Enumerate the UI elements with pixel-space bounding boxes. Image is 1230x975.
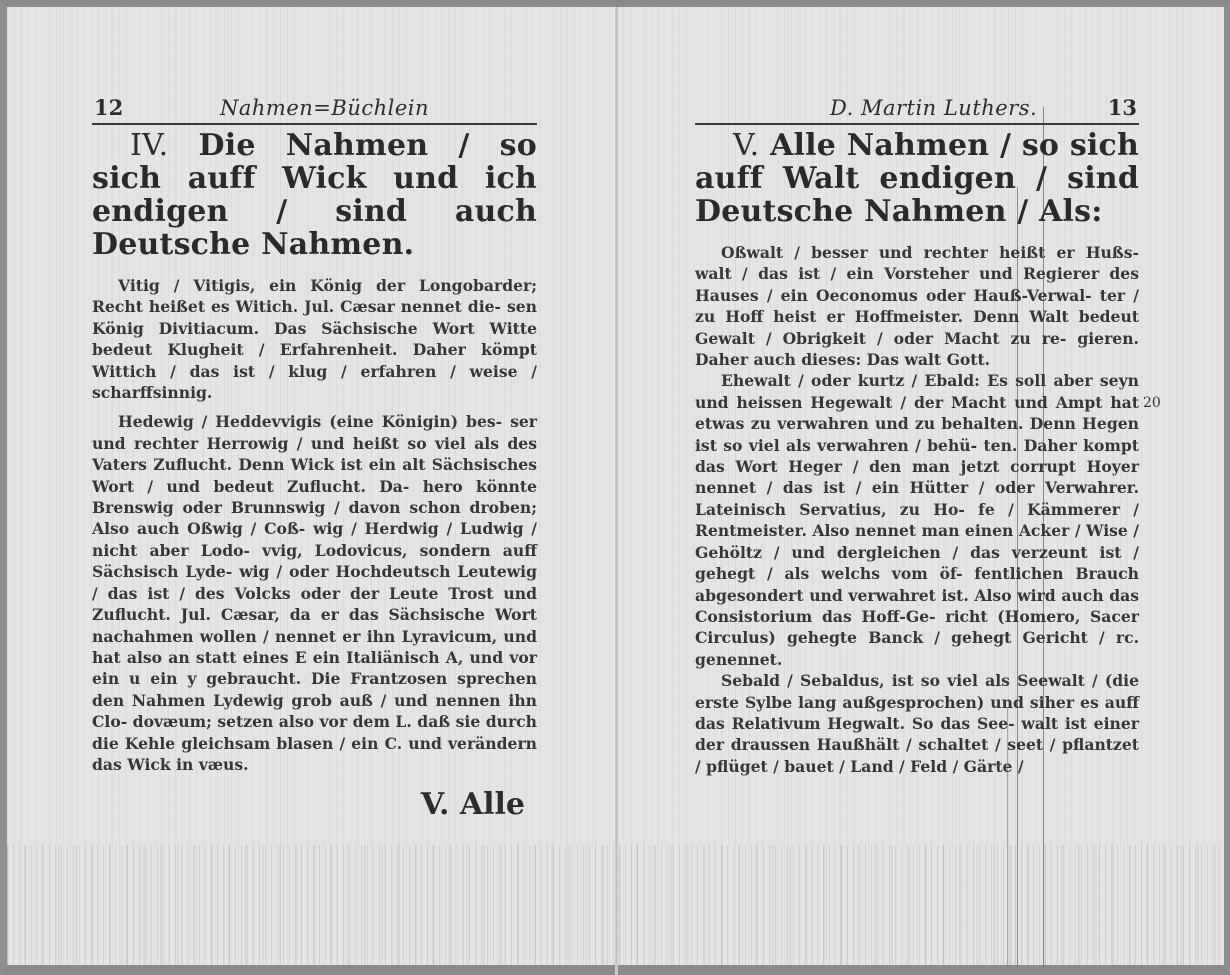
running-title: Nahmen=Büchlein — [220, 93, 429, 123]
right-page: D. Martin Luthers. 13 V. Alle Nahmen / s… — [695, 93, 1139, 777]
left-page: 12 Nahmen=Büchlein IV. Die Nahmen / so s… — [92, 93, 537, 822]
page-number: 12 — [94, 93, 123, 123]
running-head: D. Martin Luthers. 13 — [695, 93, 1139, 125]
running-title: D. Martin Luthers. — [830, 93, 1037, 123]
body-text: Vitig / Vitigis, ein König der Longobard… — [92, 275, 537, 775]
book-gutter — [615, 7, 618, 975]
chapter-title: Alle Nahmen / so sich auff Walt endigen … — [695, 128, 1139, 229]
paragraph: Vitig / Vitigis, ein König der Longobard… — [92, 275, 537, 403]
body-text: Oßwalt / besser und rechter heißt er Huß… — [695, 242, 1139, 777]
page-number: 13 — [1108, 93, 1137, 123]
chapter-heading: IV. Die Nahmen / so sich auff Wick und i… — [92, 129, 537, 261]
margin-line-number: 20 — [1143, 395, 1161, 411]
chapter-number: V. — [695, 128, 759, 163]
chapter-heading: V. Alle Nahmen / so sich auff Walt endig… — [695, 129, 1139, 228]
running-head: 12 Nahmen=Büchlein — [92, 93, 537, 125]
paragraph: Sebald / Sebaldus, ist so viel als Seewa… — [695, 670, 1139, 777]
scanned-book-spread: 12 Nahmen=Büchlein IV. Die Nahmen / so s… — [0, 0, 1230, 975]
paragraph: Oßwalt / besser und rechter heißt er Huß… — [695, 242, 1139, 370]
chapter-number: IV. — [92, 128, 168, 163]
paragraph: Hedewig / Heddevvigis (eine Königin) bes… — [92, 411, 537, 775]
paragraph: Ehewalt / oder kurtz / Ebald: Es soll ab… — [695, 370, 1139, 670]
catchword: V. Alle — [92, 787, 537, 822]
